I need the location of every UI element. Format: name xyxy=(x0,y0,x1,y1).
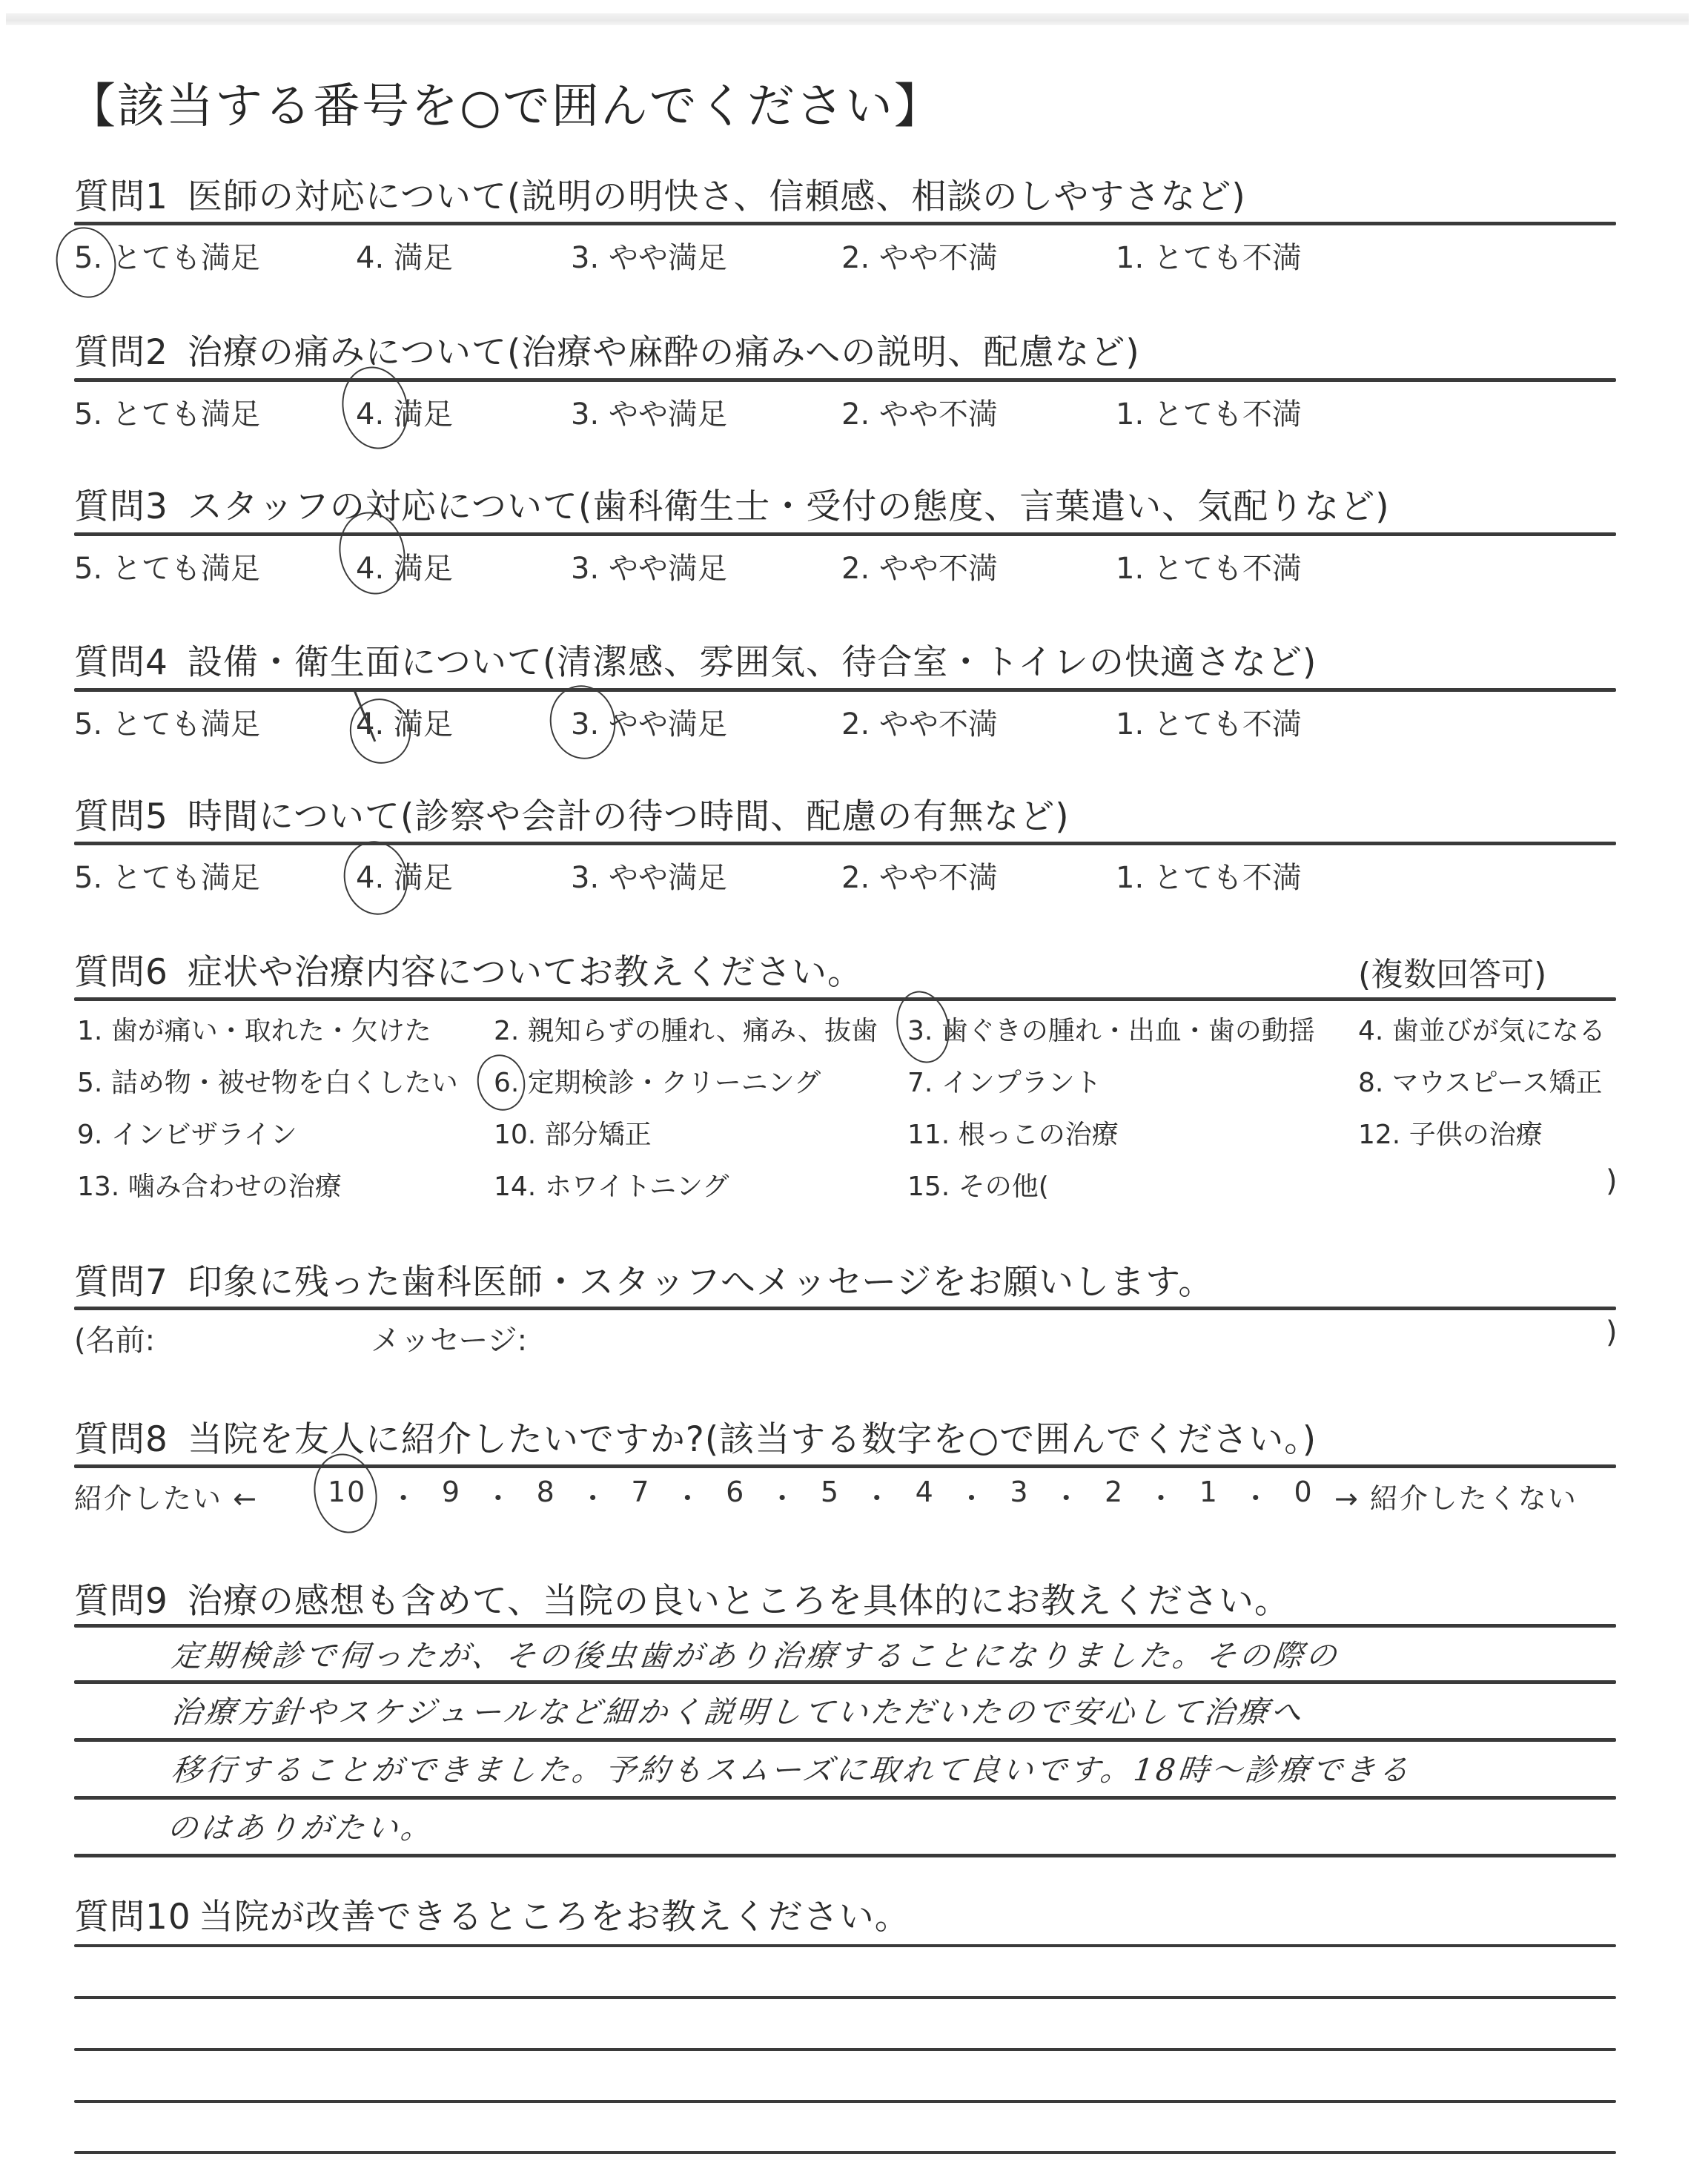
recommend-right-label: → 紹介したくない xyxy=(1334,1476,1578,1516)
message-label: メッセージ: xyxy=(371,1317,527,1359)
q6-item-11[interactable]: 11. 根っこの治療 xyxy=(907,1114,1119,1152)
q6-item-6[interactable]: 6. 定期検診・クリーニング xyxy=(494,1062,821,1100)
scale-separator: ・ xyxy=(484,1476,514,1516)
question-5-heading: 質問5時間について(診察や会計の待つ時間、配慮の有無など) xyxy=(74,789,1070,839)
question-number: 質問3 xyxy=(74,479,168,529)
q3-option-5[interactable]: 5. とても満足 xyxy=(74,545,260,587)
divider xyxy=(74,688,1616,692)
divider xyxy=(74,997,1616,1001)
scale-separator: ・ xyxy=(1147,1476,1176,1516)
selection-circle-q6-6 xyxy=(472,1050,530,1115)
question-number: 質問8 xyxy=(74,1412,168,1462)
selection-circle-q2-4 xyxy=(334,360,415,455)
scale-2[interactable]: 2 xyxy=(1105,1476,1124,1516)
q6-item-9[interactable]: 9. インビザライン xyxy=(77,1114,297,1152)
q5-option-5[interactable]: 5. とても満足 xyxy=(74,854,260,896)
scale-separator: ・ xyxy=(768,1476,798,1516)
question-text: 治療の痛みについて(治療や麻酔の痛みへの説明、配慮など) xyxy=(188,332,1140,373)
scale-separator: ・ xyxy=(958,1476,987,1516)
answer-rule xyxy=(74,2100,1616,2103)
scale-3[interactable]: 3 xyxy=(1010,1476,1029,1516)
multiple-answers-note: (複数回答可) xyxy=(1358,948,1546,995)
question-number: 質問9 xyxy=(74,1573,168,1623)
answer-rule xyxy=(74,1996,1616,1999)
question-text: 治療の感想も含めて、当院の良いところを具体的にお教えください。 xyxy=(188,1581,1290,1622)
question-text: 当院を友人に紹介したいですか?(該当する数字を○で囲んでください。) xyxy=(188,1419,1317,1460)
question-number: 質問2 xyxy=(74,325,168,374)
question-number: 質問10 xyxy=(74,1889,191,1939)
q3-option-1[interactable]: 1. とても不満 xyxy=(1116,545,1302,587)
question-4-heading: 質問4設備・衛生面について(清潔感、雰囲気、待合室・トイレの快適さなど) xyxy=(74,635,1317,684)
scale-8[interactable]: 8 xyxy=(537,1476,556,1516)
divider xyxy=(74,222,1616,225)
question-text: 設備・衛生面について(清潔感、雰囲気、待合室・トイレの快適さなど) xyxy=(188,642,1317,683)
q2-option-2[interactable]: 2. やや不満 xyxy=(841,391,998,433)
q2-option-1[interactable]: 1. とても不満 xyxy=(1116,391,1302,433)
q4-option-5[interactable]: 5. とても満足 xyxy=(74,701,260,743)
q5-option-1[interactable]: 1. とても不満 xyxy=(1116,854,1302,896)
q5-option-2[interactable]: 2. やや不満 xyxy=(841,854,998,896)
scale-5[interactable]: 5 xyxy=(821,1476,840,1516)
q6-item-8[interactable]: 8. マウスピース矯正 xyxy=(1358,1062,1602,1100)
q3-option-2[interactable]: 2. やや不満 xyxy=(841,545,998,587)
q4-option-1[interactable]: 1. とても不満 xyxy=(1116,701,1302,743)
q6-item-3[interactable]: 3. 歯ぐきの腫れ・出血・歯の動揺 xyxy=(907,1010,1315,1048)
answer-rule xyxy=(74,2048,1616,2051)
question-8-heading: 質問8当院を友人に紹介したいですか?(該当する数字を○で囲んでください。) xyxy=(74,1412,1317,1462)
question-text: 当院が改善できるところをお教えください。 xyxy=(199,1897,910,1938)
q6-item-4[interactable]: 4. 歯並びが気になる xyxy=(1358,1010,1606,1048)
answer-rule xyxy=(74,1854,1616,1857)
scale-separator: ・ xyxy=(1052,1476,1082,1516)
scale-9[interactable]: 9 xyxy=(442,1476,461,1516)
divider xyxy=(74,1464,1616,1468)
scale-separator: ・ xyxy=(863,1476,893,1516)
q6-item-5[interactable]: 5. 詰め物・被せ物を白くしたい xyxy=(77,1062,458,1100)
divider xyxy=(74,1624,1616,1628)
scale-separator: ・ xyxy=(673,1476,703,1516)
answer-line-2: 治療方針やスケジュールなど細かく説明していただいたので安心して治療へ xyxy=(170,1688,1307,1731)
question-number: 質問7 xyxy=(74,1255,168,1304)
q3-option-3[interactable]: 3. やや満足 xyxy=(571,545,727,587)
q5-option-3[interactable]: 3. やや満足 xyxy=(571,854,727,896)
name-label: (名前: xyxy=(74,1317,155,1359)
answer-line-3: 移行することができました。予約もスムーズに取れて良いです。18時～診療できる xyxy=(170,1745,1414,1789)
scale-separator: ・ xyxy=(1242,1476,1271,1516)
question-2-heading: 質問2治療の痛みについて(治療や麻酔の痛みへの説明、配慮など) xyxy=(74,325,1140,374)
answer-line-4: のはありがたい。 xyxy=(165,1803,437,1847)
question-text: 症状や治療内容についてお教えください。 xyxy=(188,952,863,993)
selection-circle-q5-4 xyxy=(337,835,415,921)
scale-7[interactable]: 7 xyxy=(631,1476,650,1516)
q2-option-5[interactable]: 5. とても満足 xyxy=(74,391,260,433)
answer-rule xyxy=(74,1944,1616,1947)
answer-rule xyxy=(74,2151,1616,2154)
question-number: 質問6 xyxy=(74,945,168,994)
q1-option-3[interactable]: 3. やや満足 xyxy=(571,234,727,277)
question-10-heading: 質問10当院が改善できるところをお教えください。 xyxy=(74,1889,910,1939)
question-text: 印象に残った歯科医師・スタッフへメッセージをお願いします。 xyxy=(188,1262,1214,1303)
question-text: 医師の対応について(説明の明快さ、信頼感、相談のしやすさなど) xyxy=(188,176,1246,217)
question-6-heading: 質問6症状や治療内容についてお教えください。 xyxy=(74,945,863,994)
other-close-paren: ) xyxy=(1606,1164,1618,1198)
answer-rule xyxy=(74,1680,1616,1684)
q4-option-2[interactable]: 2. やや不満 xyxy=(841,701,998,743)
scale-separator: ・ xyxy=(579,1476,609,1516)
question-number: 質問4 xyxy=(74,635,168,684)
recommend-left-label: 紹介したい ← xyxy=(74,1476,258,1516)
question-1-heading: 質問1医師の対応について(説明の明快さ、信頼感、相談のしやすさなど) xyxy=(74,169,1246,219)
scale-0[interactable]: 0 xyxy=(1294,1476,1314,1516)
q1-option-4[interactable]: 4. 満足 xyxy=(356,234,453,277)
q6-item-2[interactable]: 2. 親知らずの腫れ、痛み、抜歯 xyxy=(494,1010,878,1048)
q6-item-12[interactable]: 12. 子供の治療 xyxy=(1358,1114,1543,1152)
answer-line-1: 定期検診で伺ったが、その後虫歯があり治療することになりました。その際の xyxy=(170,1631,1342,1675)
answer-rule xyxy=(74,1738,1616,1742)
q6-item-10[interactable]: 10. 部分矯正 xyxy=(494,1114,652,1152)
question-number: 質問1 xyxy=(74,169,168,219)
q1-option-2[interactable]: 2. やや不満 xyxy=(841,234,998,277)
scale-1[interactable]: 1 xyxy=(1199,1476,1219,1516)
question-3-heading: 質問3スタッフの対応について(歯科衛生士・受付の態度、言葉遣い、気配りなど) xyxy=(74,479,1390,529)
question-text: 時間について(診察や会計の待つ時間、配慮の有無など) xyxy=(188,796,1070,837)
q1-option-1[interactable]: 1. とても不満 xyxy=(1116,234,1302,277)
scale-separator: ・ xyxy=(389,1476,419,1516)
scan-edge xyxy=(6,13,1689,25)
selection-circle-q4-3 xyxy=(543,679,623,765)
q2-option-3[interactable]: 3. やや満足 xyxy=(571,391,727,433)
recommend-scale: 10 ・ 9 ・ 8 ・ 7 ・ 6 ・ 5 ・ 4 ・ 3 ・ 2 ・ 1 ・… xyxy=(328,1476,1314,1516)
question-9-heading: 質問9治療の感想も含めて、当院の良いところを具体的にお教えください。 xyxy=(74,1573,1290,1623)
q6-item-1[interactable]: 1. 歯が痛い・取れた・欠けた xyxy=(77,1010,431,1048)
q6-item-15-other[interactable]: 15. その他( xyxy=(907,1166,1049,1203)
divider xyxy=(74,378,1616,382)
answer-rule xyxy=(74,1796,1616,1800)
divider xyxy=(74,1307,1616,1310)
q6-item-7[interactable]: 7. インプラント xyxy=(907,1062,1102,1100)
q6-item-14[interactable]: 14. ホワイトニング xyxy=(494,1166,729,1203)
divider xyxy=(74,532,1616,536)
scale-4[interactable]: 4 xyxy=(916,1476,935,1516)
q6-item-13[interactable]: 13. 噛み合わせの治療 xyxy=(77,1166,342,1203)
question-7-heading: 質問7印象に残った歯科医師・スタッフへメッセージをお願いします。 xyxy=(74,1255,1214,1304)
divider xyxy=(74,842,1616,845)
page-title: 【該当する番号を○で囲んでください】 xyxy=(68,68,943,136)
message-close-paren: ) xyxy=(1606,1315,1618,1350)
question-number: 質問5 xyxy=(74,789,168,839)
scale-6[interactable]: 6 xyxy=(726,1476,745,1516)
